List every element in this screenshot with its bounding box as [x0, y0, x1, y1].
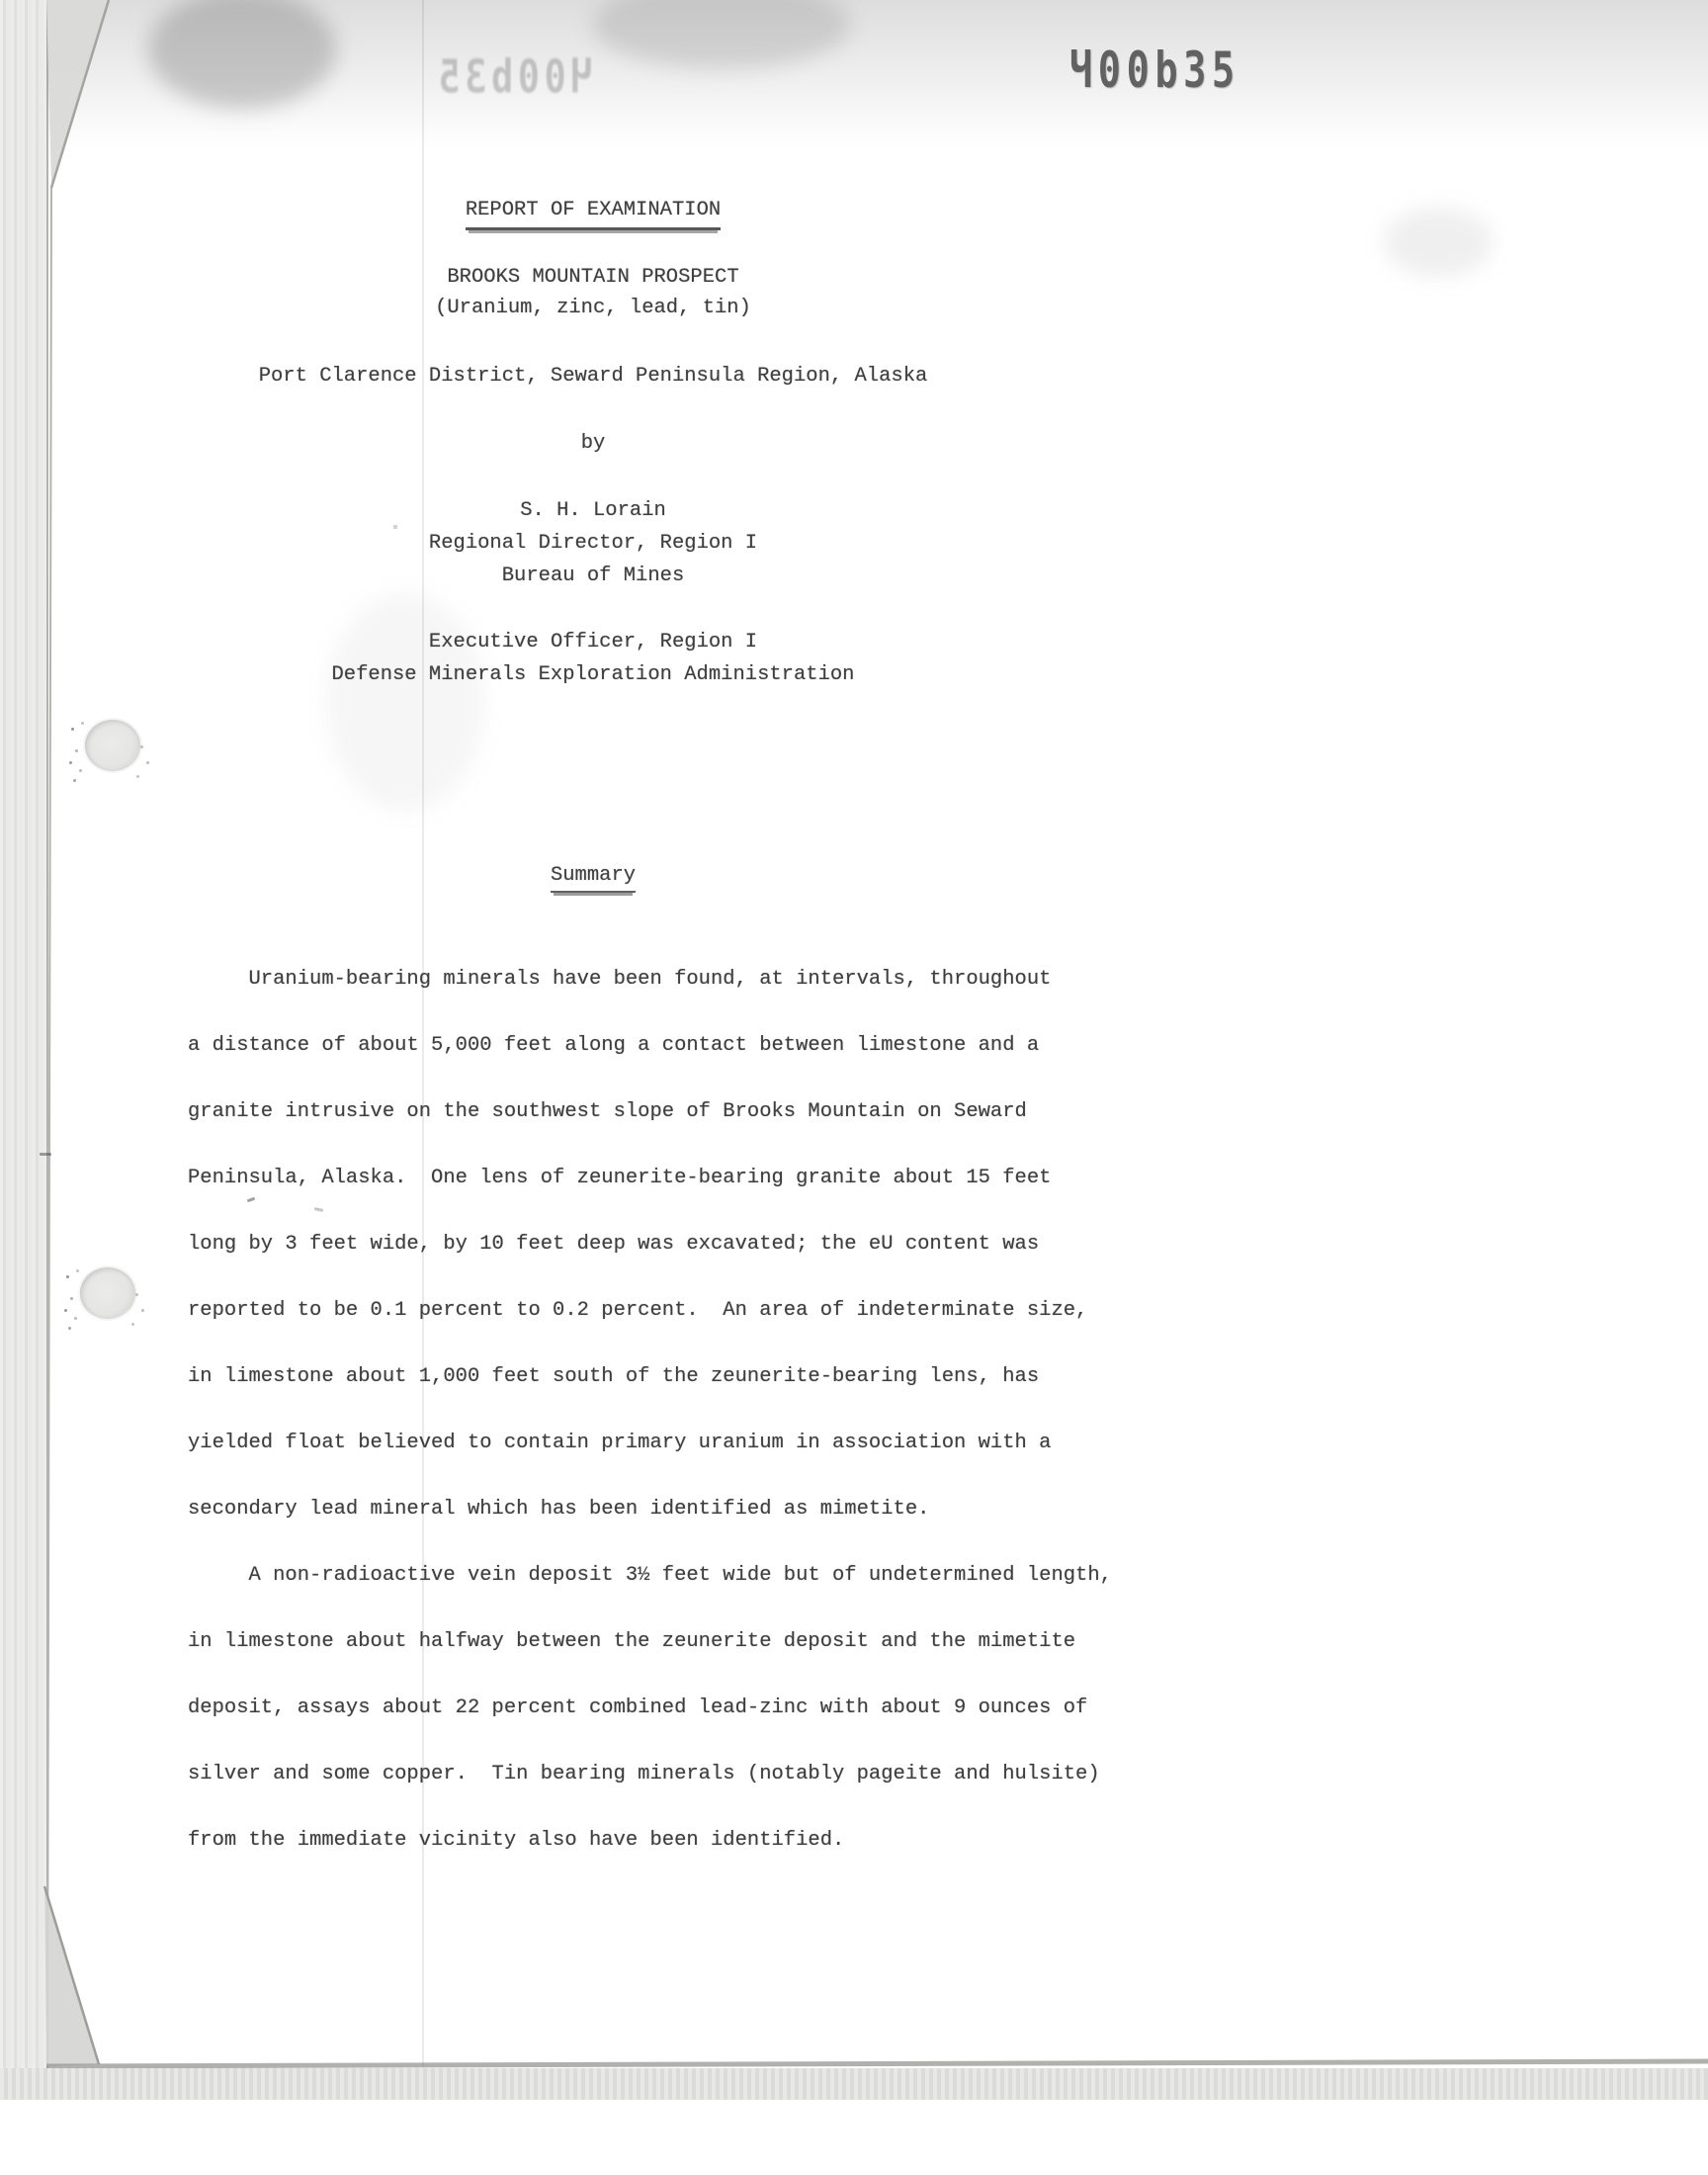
body-line: silver and some copper. Tin bearing mine… [188, 1741, 1112, 1807]
scanned-document-page: Ч00b35 Ч00b35 REPORT OF EXAMINATION BROO… [0, 0, 1708, 2175]
stray-mark [40, 1153, 51, 1156]
prospect-name: BROOKS MOUNTAIN PROSPECT [178, 265, 1008, 291]
hole-punch-bottom [80, 1267, 135, 1319]
report-title: REPORT OF EXAMINATION [178, 198, 1008, 223]
author-org: Bureau of Mines [178, 564, 1008, 589]
prospect-minerals: (Uranium, zinc, lead, tin) [178, 296, 1008, 321]
author-name: S. H. Lorain [178, 498, 1008, 524]
body-line: Uranium-bearing minerals have been found… [188, 946, 1112, 1012]
summary-heading: Summary [178, 863, 1008, 889]
scanner-background-strip [0, 0, 46, 2100]
summary-body: Uranium-bearing minerals have been found… [188, 946, 1112, 1873]
body-line: reported to be 0.1 percent to 0.2 percen… [188, 1277, 1112, 1344]
body-line: long by 3 feet wide, by 10 feet deep was… [188, 1211, 1112, 1277]
hole-punch-top [85, 720, 140, 771]
summary-paragraph-1: Uranium-bearing minerals have been found… [188, 946, 1112, 1542]
body-line: Peninsula, Alaska. One lens of zeunerite… [188, 1145, 1112, 1211]
body-line: from the immediate vicinity also have be… [188, 1807, 1112, 1873]
body-line: in limestone about halfway between the z… [188, 1609, 1112, 1675]
body-line: a distance of about 5,000 feet along a c… [188, 1012, 1112, 1079]
report-title-text: REPORT OF EXAMINATION [466, 199, 721, 230]
officer-title: Executive Officer, Region I [178, 630, 1008, 655]
author-title: Regional Director, Region I [178, 531, 1008, 557]
body-line: deposit, assays about 22 percent combine… [188, 1675, 1112, 1741]
byline: by [178, 431, 1008, 457]
body-line: granite intrusive on the southwest slope… [188, 1079, 1112, 1145]
body-line: yielded float believed to contain primar… [188, 1410, 1112, 1476]
summary-heading-text: Summary [551, 864, 636, 893]
body-line: A non-radioactive vein deposit 3½ feet w… [188, 1542, 1112, 1609]
stray-mark [393, 525, 397, 529]
body-line: in limestone about 1,000 feet south of t… [188, 1344, 1112, 1410]
scanner-bed-strip [0, 2068, 1708, 2100]
summary-paragraph-2: A non-radioactive vein deposit 3½ feet w… [188, 1542, 1112, 1873]
officer-org: Defense Minerals Exploration Administrat… [178, 662, 1008, 688]
stamp-serial-number: Ч00b35 [1069, 42, 1240, 99]
stamp-bleedthrough: Ч00b35 [434, 51, 593, 104]
location-line: Port Clarence District, Seward Peninsula… [178, 364, 1008, 390]
body-line: secondary lead mineral which has been id… [188, 1476, 1112, 1542]
